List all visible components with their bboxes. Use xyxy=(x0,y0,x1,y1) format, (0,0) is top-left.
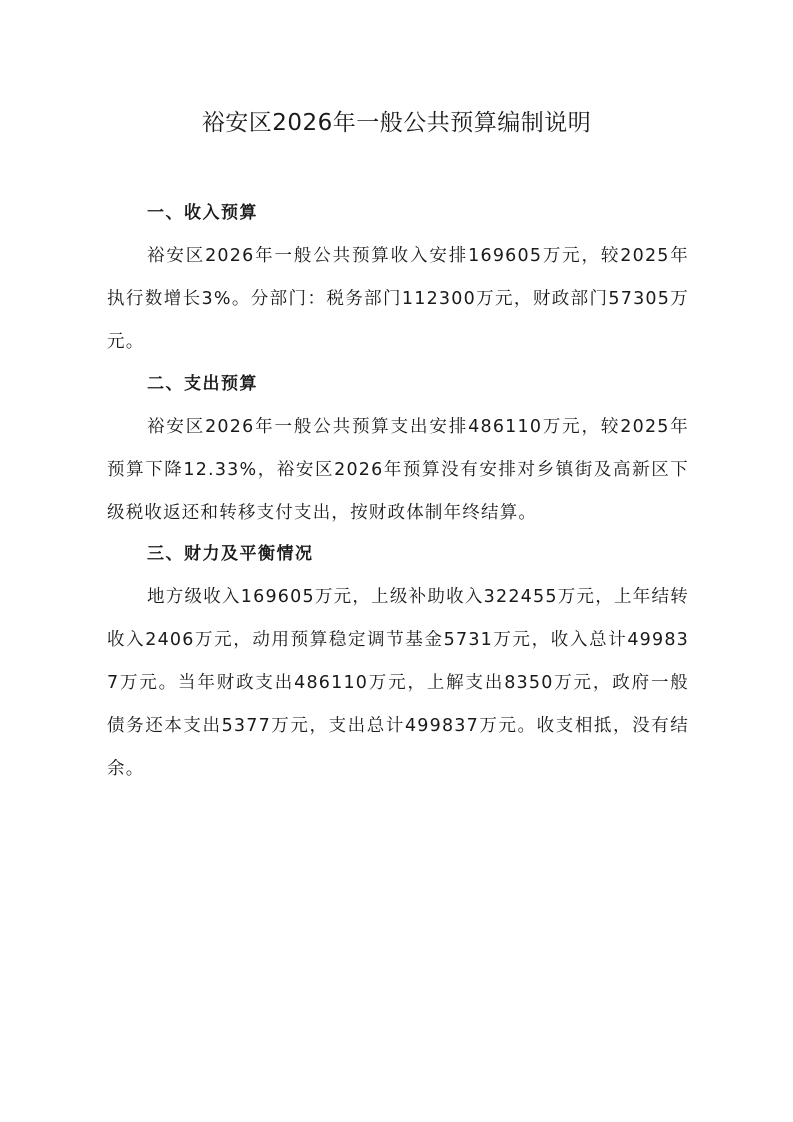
section-paragraph: 地方级收入169605万元，上级补助收入322455万元，上年结转收入2406万… xyxy=(107,576,689,791)
section-heading: 三、财力及平衡情况 xyxy=(107,533,689,576)
section-fiscal-balance: 三、财力及平衡情况 地方级收入169605万元，上级补助收入322455万元，上… xyxy=(107,533,689,791)
section-heading: 二、支出预算 xyxy=(107,363,689,406)
section-paragraph: 裕安区2026年一般公共预算收入安排169605万元，较2025年执行数增长3%… xyxy=(107,235,689,364)
document-page: 裕安区2026年一般公共预算编制说明 一、收入预算 裕安区2026年一般公共预算… xyxy=(0,0,793,1122)
document-title: 裕安区2026年一般公共预算编制说明 xyxy=(0,104,793,137)
section-expenditure-budget: 二、支出预算 裕安区2026年一般公共预算支出安排486110万元，较2025年… xyxy=(107,363,689,535)
section-heading: 一、收入预算 xyxy=(107,192,689,235)
section-revenue-budget: 一、收入预算 裕安区2026年一般公共预算收入安排169605万元，较2025年… xyxy=(107,192,689,364)
section-paragraph: 裕安区2026年一般公共预算支出安排486110万元，较2025年预算下降12.… xyxy=(107,406,689,535)
